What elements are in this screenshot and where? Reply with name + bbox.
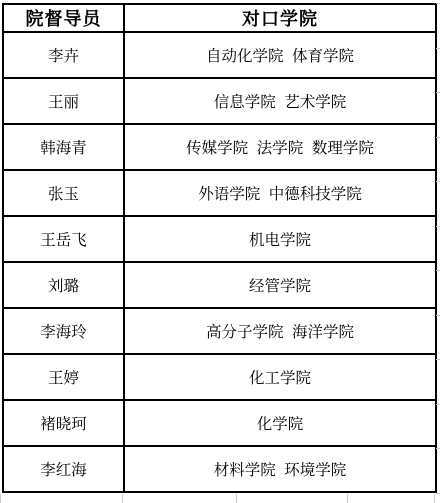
gridline-stub [436,226,440,227]
gridline-stub [436,270,440,271]
supervisor-cell: 韩海青 [3,124,124,170]
colleges-cell: 经管学院 [124,262,436,308]
supervisor-cell: 刘璐 [3,262,124,308]
gridline-stub [436,92,440,93]
colleges-cell: 机电学院 [124,216,436,262]
supervisor-college-table: 院督导员 对口学院 李卉 自动化学院 体育学院 王丽 信息学院 艺术学院 韩海青… [2,3,437,493]
table-row: 张玉 外语学院 中德科技学院 [3,170,436,216]
gridline-stub [436,359,440,360]
supervisor-cell: 王丽 [3,78,124,124]
table-row: 王丽 信息学院 艺术学院 [3,78,436,124]
header-supervisor: 院督导员 [3,4,124,32]
gridline-stub [436,181,440,182]
gridline-stub [436,3,440,4]
colleges-cell: 高分子学院 海洋学院 [124,308,436,354]
gridline-stub [347,494,348,503]
table-row: 刘璐 经管学院 [3,262,436,308]
gridline-stub [436,448,440,449]
gridline-stub [436,404,440,405]
table-row: 褚晓珂 化学院 [3,400,436,446]
header-colleges: 对口学院 [124,4,436,32]
supervisor-cell: 王岳飞 [3,216,124,262]
table-row: 李红海 材料学院 环境学院 [3,446,436,492]
table-row: 李海玲 高分子学院 海洋学院 [3,308,436,354]
table-row: 韩海青 传媒学院 法学院 数理学院 [3,124,436,170]
gridline-stub [436,493,440,494]
supervisor-cell: 张玉 [3,170,124,216]
gridline-stub [122,494,123,503]
colleges-cell: 传媒学院 法学院 数理学院 [124,124,436,170]
header-row: 院督导员 对口学院 [3,4,436,32]
table-row: 王婷 化工学院 [3,354,436,400]
supervisor-cell: 褚晓珂 [3,400,124,446]
supervisor-cell: 李红海 [3,446,124,492]
gridline-stub [0,494,1,503]
gridline-stub [436,315,440,316]
colleges-cell: 材料学院 环境学院 [124,446,436,492]
gridline-stub [236,494,237,503]
supervisor-cell: 李卉 [3,32,124,78]
colleges-cell: 化学院 [124,400,436,446]
gridline-stub [436,137,440,138]
colleges-cell: 信息学院 艺术学院 [124,78,436,124]
spreadsheet-table-page: 院督导员 对口学院 李卉 自动化学院 体育学院 王丽 信息学院 艺术学院 韩海青… [0,0,440,503]
table-row: 李卉 自动化学院 体育学院 [3,32,436,78]
colleges-cell: 化工学院 [124,354,436,400]
colleges-cell: 外语学院 中德科技学院 [124,170,436,216]
supervisor-cell: 李海玲 [3,308,124,354]
colleges-cell: 自动化学院 体育学院 [124,32,436,78]
supervisor-cell: 王婷 [3,354,124,400]
gridline-stub [436,48,440,49]
gridline-stub [434,494,435,503]
table-row: 王岳飞 机电学院 [3,216,436,262]
